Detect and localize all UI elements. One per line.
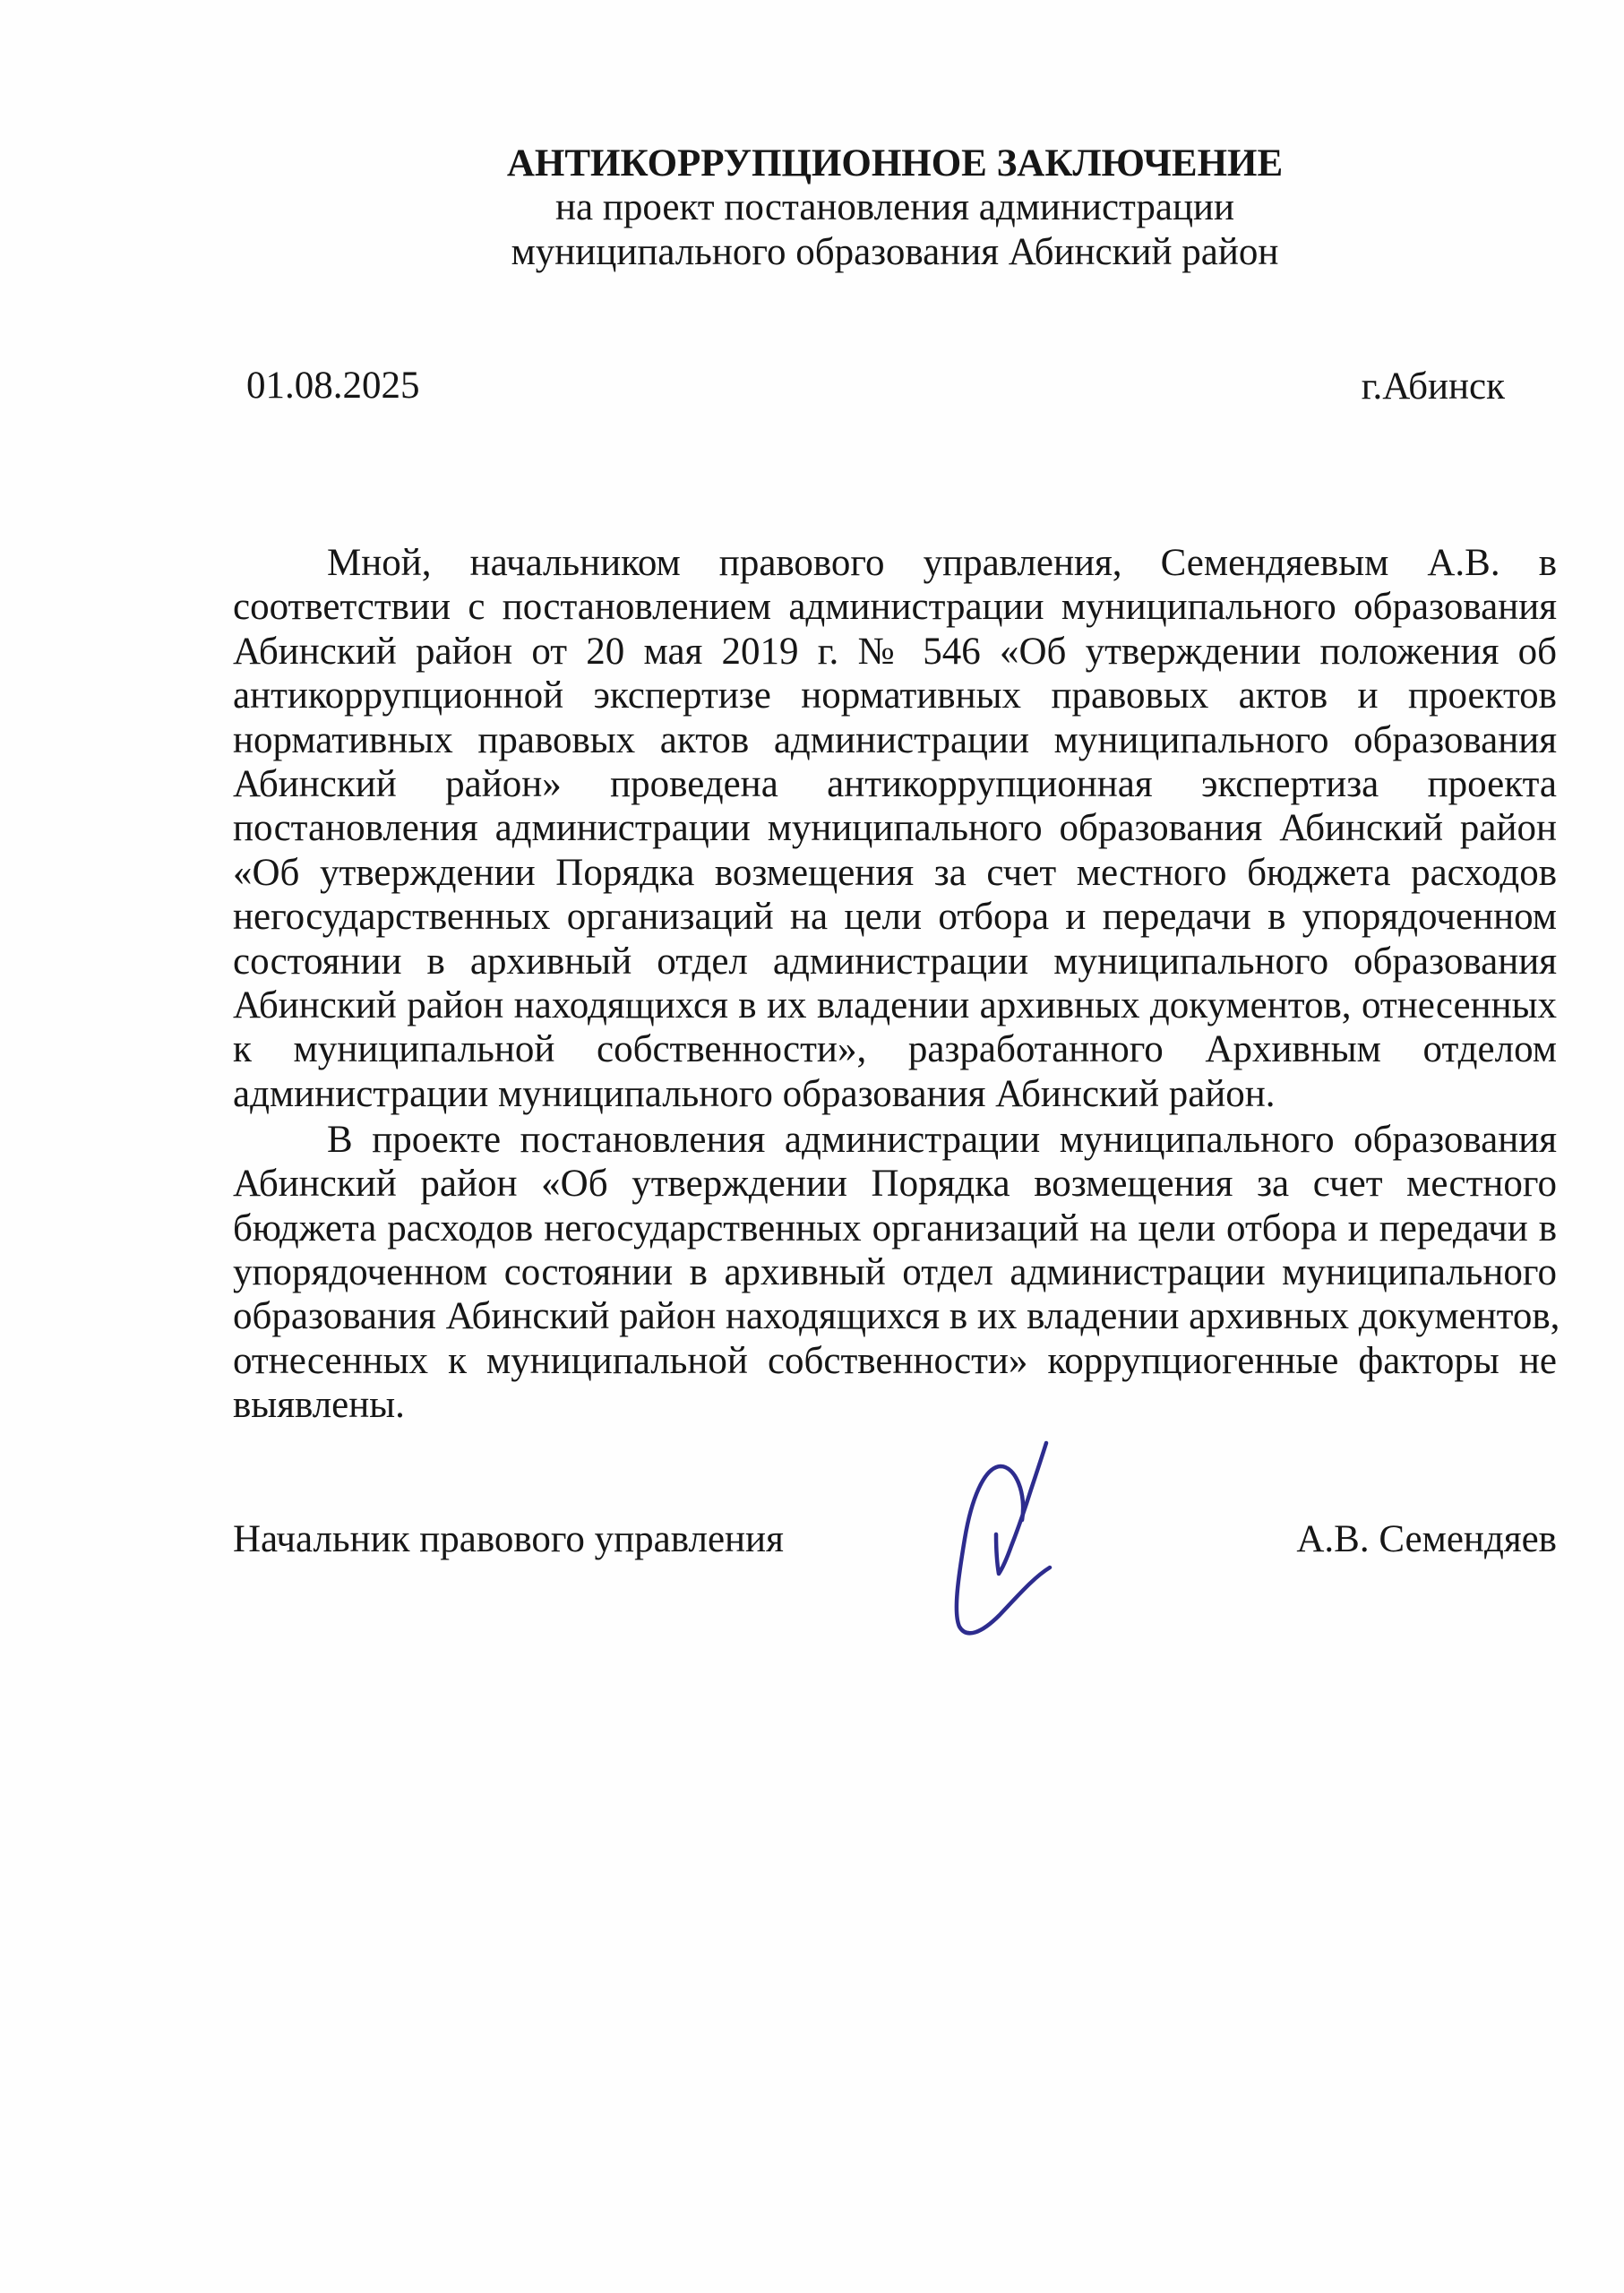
- paragraph-line: Абинский район находящихся в их владении…: [233, 983, 1557, 1027]
- paragraph-line: «Об утверждении Порядка возмещения за сч…: [233, 851, 1557, 895]
- document-subtitle-line-2: муниципального образования Абинский райо…: [233, 230, 1557, 274]
- signatory-position: Начальник правового управления: [233, 1517, 784, 1561]
- paragraph-line: Абинский район от 20 мая 2019 г. № 546 «…: [233, 630, 1557, 674]
- document-heading: АНТИКОРРУПЦИОННОЕ ЗАКЛЮЧЕНИЕ на проект п…: [233, 142, 1557, 274]
- document-subtitle-line-1: на проект постановления администрации: [233, 185, 1557, 229]
- paragraph-line: негосударственных организаций на цели от…: [233, 895, 1557, 939]
- paragraph-line: В проекте постановления администрации му…: [327, 1118, 1557, 1162]
- signatory-name: А.В. Семендяев: [1254, 1517, 1557, 1561]
- document-place: г.Абинск: [1254, 365, 1505, 408]
- paragraph-line: упорядоченном состоянии в архивный отдел…: [233, 1250, 1557, 1294]
- paragraph-line: выявлены.: [233, 1383, 1557, 1427]
- document-page: АНТИКОРРУПЦИОННОЕ ЗАКЛЮЧЕНИЕ на проект п…: [0, 0, 1624, 2293]
- paragraph-line: Мной, начальником правового управления, …: [327, 541, 1557, 585]
- paragraph-line: образования Абинский район находящихся в…: [233, 1294, 1557, 1338]
- paragraph-line: Абинский район» проведена антикоррупцион…: [233, 762, 1557, 806]
- paragraph-line: антикоррупционной экспертизе нормативных…: [233, 674, 1557, 717]
- document-title: АНТИКОРРУПЦИОННОЕ ЗАКЛЮЧЕНИЕ: [233, 142, 1557, 185]
- paragraph-line: Абинский район «Об утверждении Порядка в…: [233, 1162, 1557, 1206]
- paragraph-line: нормативных правовых актов администрации…: [233, 718, 1557, 762]
- document-date: 01.08.2025: [246, 364, 420, 408]
- paragraph-line: бюджета расходов негосударственных орган…: [233, 1207, 1557, 1250]
- paragraph-line: администрации муниципального образования…: [233, 1072, 1557, 1116]
- paragraph-line: к муниципальной собственности», разработ…: [233, 1027, 1557, 1071]
- paragraph-line: состоянии в архивный отдел администрации…: [233, 940, 1557, 983]
- paragraph-line: отнесенных к муниципальной собственности…: [233, 1339, 1557, 1383]
- paragraph-line: соответствии с постановлением администра…: [233, 585, 1557, 629]
- paragraph-line: постановления администрации муниципально…: [233, 806, 1557, 850]
